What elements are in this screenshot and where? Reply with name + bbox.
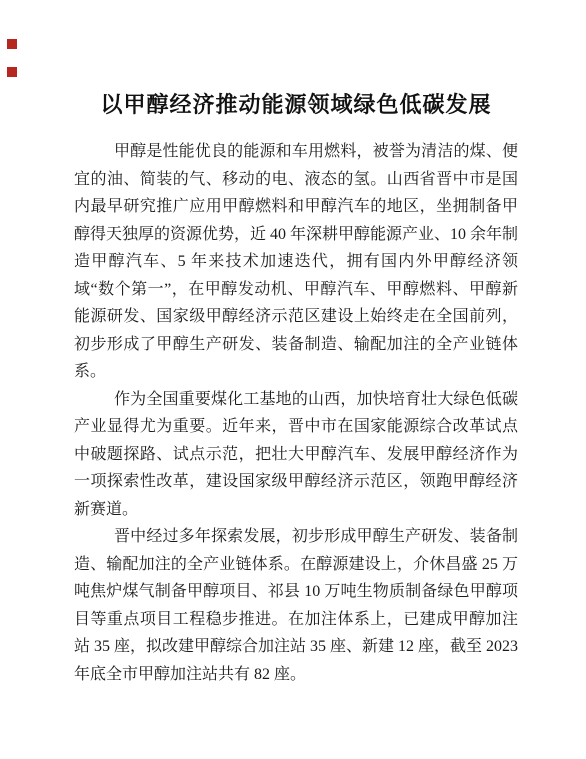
document-page: 以甲醇经济推动能源领域绿色低碳发展 甲醇是性能优良的能源和车用燃料，被誉为清洁的… xyxy=(0,0,586,759)
red-square-icon xyxy=(7,67,17,77)
red-square-icon xyxy=(7,39,17,49)
document-title: 以甲醇经济推动能源领域绿色低碳发展 xyxy=(74,88,518,122)
paragraph: 晋中经过多年探索发展，初步形成甲醇生产研发、装备制造、输配加注的全产业链体系。在… xyxy=(74,523,518,688)
document-body: 以甲醇经济推动能源领域绿色低碳发展 甲醇是性能优良的能源和车用燃料，被誉为清洁的… xyxy=(74,88,518,688)
paragraph: 作为全国重要煤化工基地的山西，加快培育壮大绿色低碳产业显得尤为重要。近年来，晋中… xyxy=(74,386,518,524)
paragraph: 甲醇是性能优良的能源和车用燃料，被誉为清洁的煤、便宜的油、简装的气、移动的电、液… xyxy=(74,138,518,386)
